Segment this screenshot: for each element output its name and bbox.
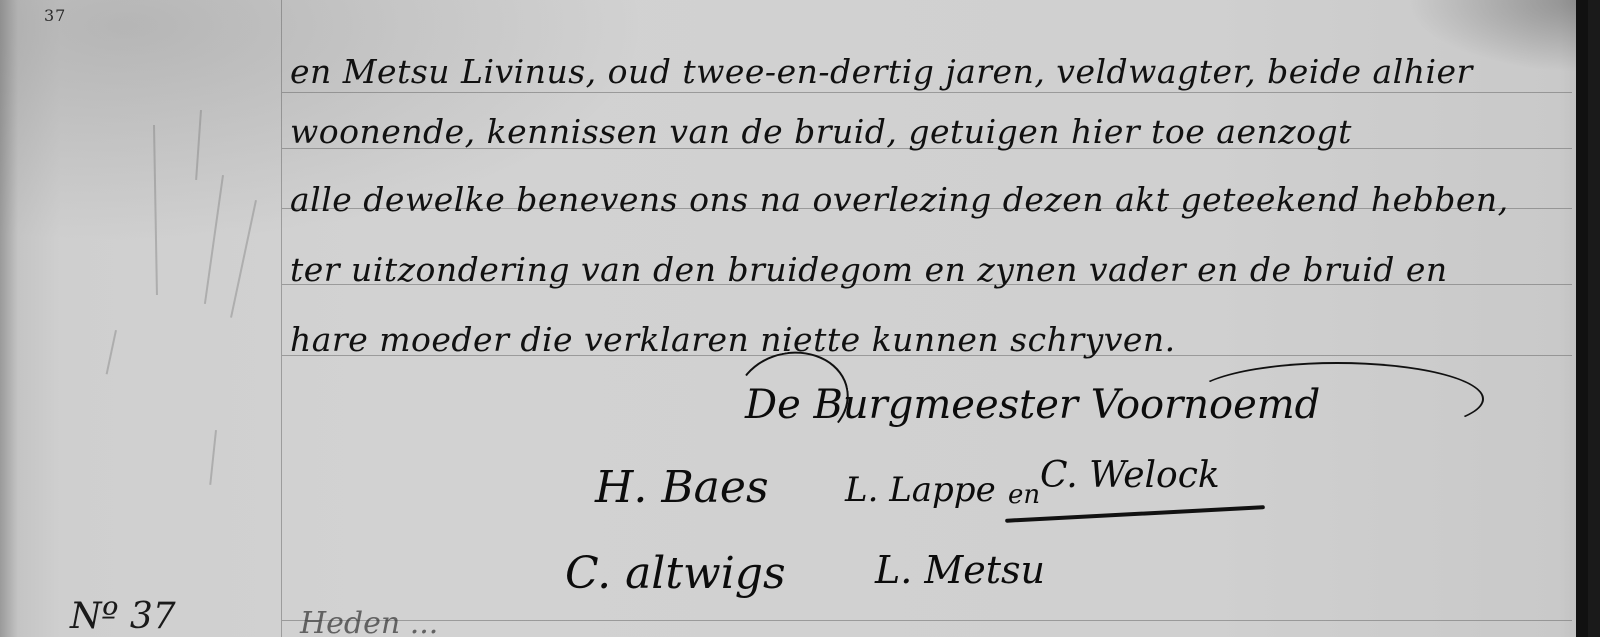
body-line-5: hare moeder die verklaren niette kunnen … [290, 320, 1176, 359]
margin-rule [281, 0, 282, 637]
page-corner-mark: 37 [44, 6, 66, 25]
signature-c-altwigs: C. altwigs [565, 548, 786, 599]
signature-underline [1005, 505, 1265, 523]
body-line-3: alle dewelke benevens ons na overlezing … [290, 180, 1509, 219]
page-edge-shadow [1576, 0, 1588, 637]
signature-conjunction: en [1008, 480, 1040, 510]
ruled-line [282, 620, 1572, 621]
next-record-text: Heden ... [300, 606, 438, 637]
signature-l-lappe: L. Lappe [845, 470, 996, 510]
margin-scratch [106, 330, 117, 374]
ruled-line [282, 92, 1572, 93]
margin-scratch [195, 110, 202, 180]
body-line-2: woonende, kennissen van de bruid, getuig… [290, 112, 1352, 151]
signature-l-metsu: L. Metsu [875, 548, 1045, 592]
margin-scratch [230, 200, 257, 318]
mayor-signature: De Burgmeester Voornoemd [745, 382, 1320, 428]
register-page: 37 en Metsu Livinus, oud twee-en-dertig … [0, 0, 1588, 637]
body-line-4: ter uitzondering van den bruidegom en zy… [290, 250, 1448, 289]
body-line-1: en Metsu Livinus, oud twee-en-dertig jar… [290, 52, 1473, 91]
margin-scratch [153, 125, 158, 295]
margin-scratch [204, 175, 224, 304]
signature-h-baes: H. Baes [595, 462, 769, 513]
next-record-number: Nº 37 [70, 596, 176, 637]
signature-c-welock: C. Welock [1040, 455, 1220, 496]
margin-scratch [209, 430, 217, 485]
